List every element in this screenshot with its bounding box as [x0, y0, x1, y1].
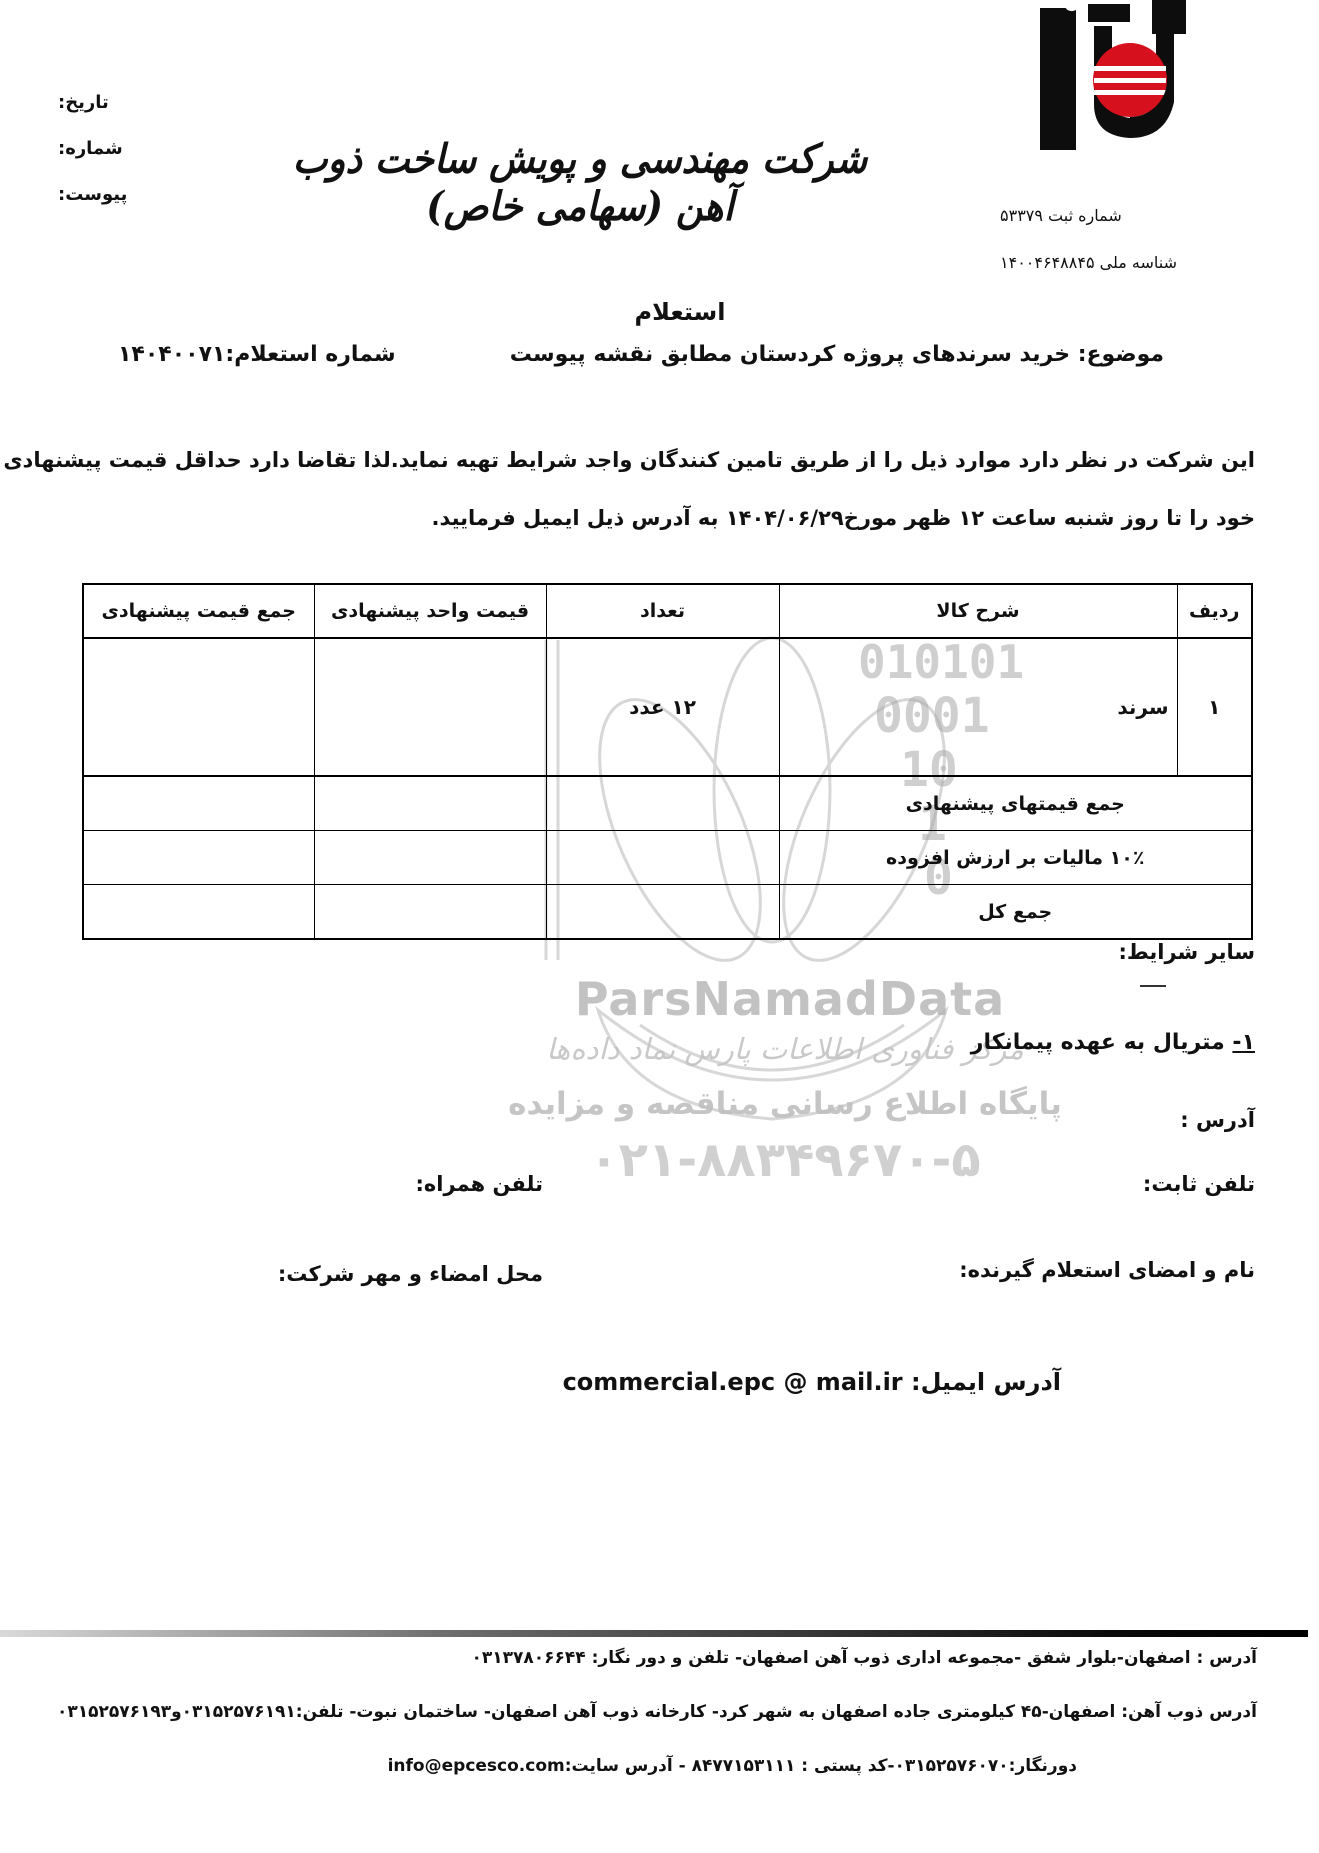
items-table: ردیف شرح کالا تعداد قیمت واحد پیشنهادی ج…	[84, 583, 1253, 940]
col-header-total-price: جمع قیمت پیشنهادی	[83, 584, 314, 638]
fixed-phone-field-label: تلفن ثابت:	[1143, 1172, 1255, 1196]
vat-label: ۱۰٪ مالیات بر ارزش افزوده	[779, 831, 1252, 885]
footer-office-address: آدرس : اصفهان-بلوار شفق -مجموعه اداری ذو…	[472, 1648, 1257, 1668]
number-label: شماره:	[58, 126, 164, 172]
grand-total-label: جمع کل	[779, 885, 1252, 940]
vat-total-cell	[83, 831, 314, 885]
address-field-label: آدرس :	[1180, 1108, 1255, 1132]
vat-qty-cell	[546, 831, 779, 885]
company-name-calligraphy: شرکت مهندسی و پویش ساخت ذوب آهن (سهامی خ…	[270, 134, 890, 229]
svg-text:EPCESCO: EPCESCO	[1060, 0, 1082, 14]
email-address-line: آدرس ایمیل: commercial.epc @ mail.ir	[563, 1368, 1061, 1396]
summary-row-grand-total: جمع کل	[83, 885, 1252, 940]
summary-row-subtotal: جمع قیمتهای پیشنهادی	[83, 776, 1252, 831]
watermark-phone: ۰۲۱-۸۸۳۴۹۶۷۰-۵	[500, 1132, 1070, 1188]
subtotal-total-cell	[83, 776, 314, 831]
grand-total-total-cell	[83, 885, 314, 940]
email-value: commercial.epc @ mail.ir	[563, 1368, 903, 1396]
table-header-row: ردیف شرح کالا تعداد قیمت واحد پیشنهادی ج…	[83, 584, 1252, 638]
col-header-row-no: ردیف	[1177, 584, 1252, 638]
footer-factory-address: آدرس ذوب آهن: اصفهان-۴۵ کیلومتری جاده اص…	[57, 1702, 1257, 1722]
other-conditions-heading: سایر شرایط:	[1119, 940, 1255, 964]
condition-1-number: ۱-	[1232, 1030, 1255, 1055]
subject-line: موضوع: خرید سرندهای پروژه کردستان مطابق …	[510, 342, 1164, 367]
footer-divider	[0, 1630, 1308, 1637]
summary-row-vat: ۱۰٪ مالیات بر ارزش افزوده	[83, 831, 1252, 885]
vat-unit-cell	[314, 831, 546, 885]
condition-item-1: ۱- متریال به عهده پیمانکار	[971, 1030, 1255, 1055]
footer-fax-postal-site: دورنگار:۰۳۱۵۲۵۷۶۰۷۰-کد پستی : ۸۴۷۷۱۵۳۱۱۱…	[388, 1756, 1077, 1776]
receiver-signature-field-label: نام و امضای استعلام گیرنده:	[959, 1258, 1255, 1282]
inquiry-number: شماره استعلام:۱۴۰۴۰۰۷۱	[118, 342, 396, 367]
corner-meta-block: تاریخ: شماره: پیوست:	[58, 80, 164, 218]
mobile-phone-field-label: تلفن همراه:	[416, 1172, 543, 1196]
col-header-unit-price: قیمت واحد پیشنهادی	[314, 584, 546, 638]
item-total-price-cell	[83, 638, 314, 776]
date-label: تاریخ:	[58, 80, 164, 126]
attachment-label: پیوست:	[58, 172, 164, 218]
registration-number: شماره ثبت ۵۳۳۷۹	[1000, 192, 1200, 239]
item-row-no: ۱	[1177, 638, 1252, 776]
col-header-description: شرح کالا	[779, 584, 1177, 638]
watermark-brand-text: ParsNamadData	[540, 972, 1040, 1026]
document-title: استعلام	[560, 298, 800, 326]
subtotal-qty-cell	[546, 776, 779, 831]
col-header-qty: تعداد	[546, 584, 779, 638]
body-paragraph-line2: خود را تا روز شنبه ساعت ۱۲ ظهر مورخ۱۴۰۴/…	[431, 506, 1255, 530]
item-unit-price-cell	[314, 638, 546, 776]
epcesco-logo-icon: EPCESCO	[1038, 0, 1190, 158]
grand-total-unit-cell	[314, 885, 546, 940]
company-stamp-field-label: محل امضاء و مهر شرکت:	[278, 1262, 543, 1286]
email-label: آدرس ایمیل:	[911, 1368, 1061, 1396]
national-id: شناسه ملی ۱۴۰۰۴۶۴۸۸۴۵	[1000, 239, 1200, 286]
subtotal-label: جمع قیمتهای پیشنهادی	[779, 776, 1252, 831]
registration-block: شماره ثبت ۵۳۳۷۹ شناسه ملی ۱۴۰۰۴۶۴۸۸۴۵	[1000, 192, 1200, 286]
subtotal-unit-cell	[314, 776, 546, 831]
item-description: سرند	[779, 638, 1177, 776]
condition-1-text: متریال به عهده پیمانکار	[971, 1030, 1225, 1055]
body-paragraph-line1: این شرکت در نظر دارد موارد ذیل را از طری…	[3, 448, 1255, 472]
heading-underline	[1140, 985, 1166, 987]
table-row: ۱ سرند ۱۲ عدد	[83, 638, 1252, 776]
item-qty: ۱۲ عدد	[546, 638, 779, 776]
grand-total-qty-cell	[546, 885, 779, 940]
inquiry-document-page: 010101 0001 10 1 0 ParsNamadData مرکز فن…	[0, 0, 1319, 1853]
watermark-tagline: پایگاه اطلاع رسانی مناقصه و مزایده	[500, 1086, 1070, 1122]
